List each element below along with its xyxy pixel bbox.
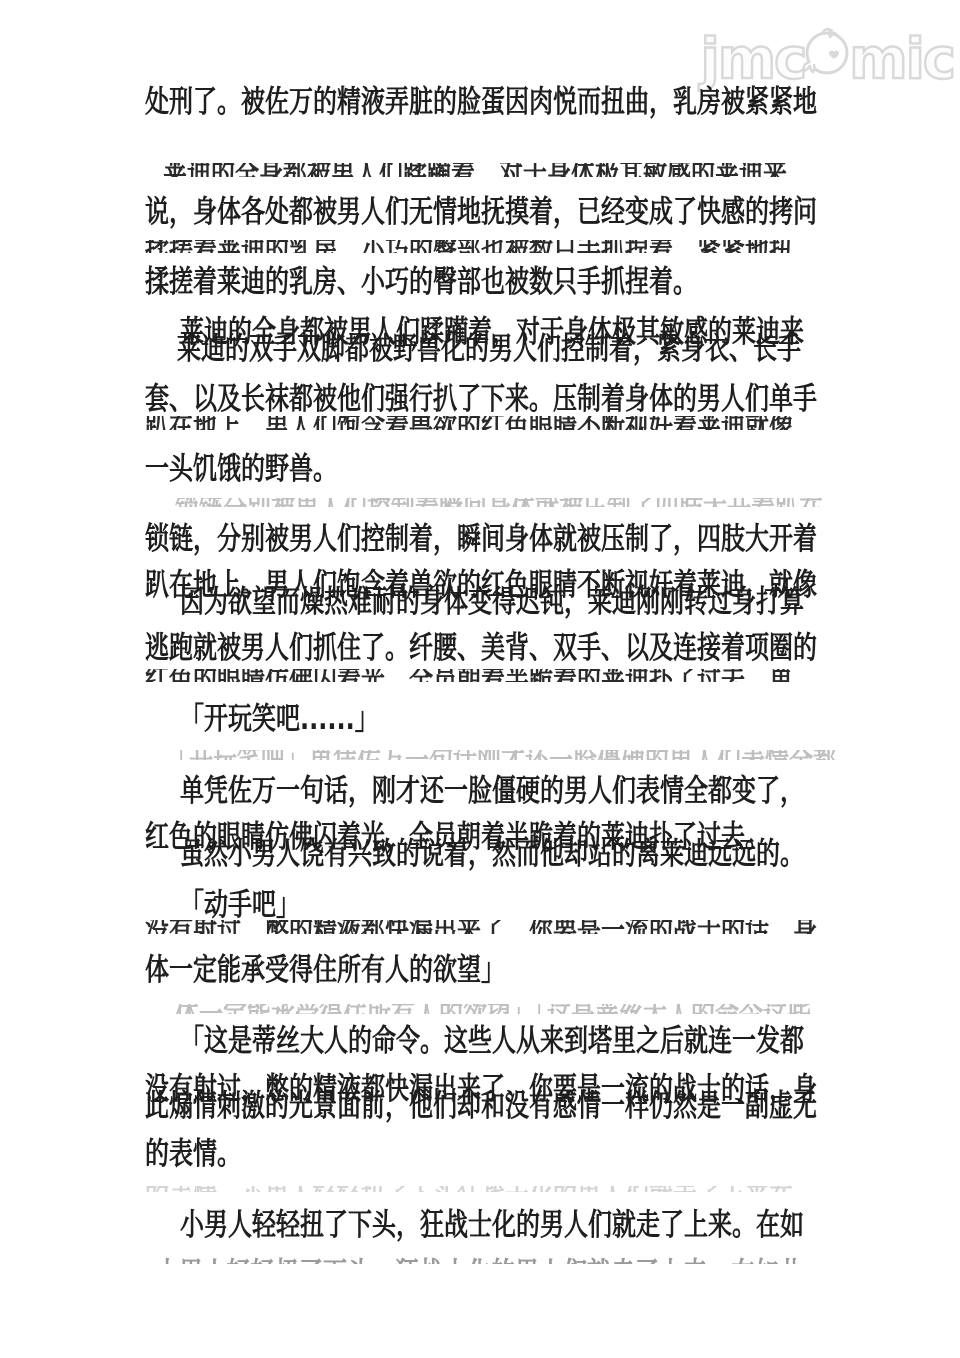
clipped-text-band: 锁链分别被男人们控制着瞬间身体就被压制了四肢大开着趴在 (175, 498, 823, 507)
text-line: 说，身体各处都被男人们无情地抚摸着，已经变成了快感的拷问 (145, 193, 817, 231)
clipped-text-band: 的表情。小男人轻轻扭了下头狂战士化的男人们就走了上来在 (145, 1186, 793, 1192)
clipped-text: 「开玩笑吧」单凭佐万一句话刚才还一脸僵硬的男人们表情全都 (165, 750, 837, 760)
text-line: 体一定能承受得住所有人的欲望」 (145, 951, 505, 989)
text-line: 因为欲望而燥热难耐的身体变得迟钝，莱迪刚刚转过身打算 (180, 583, 804, 621)
text-line: 一头饥饿的野兽。 (145, 450, 337, 488)
text-line: 「这是蒂丝大人的命令。这些人从来到塔里之后就连一发都 (180, 1022, 804, 1060)
text-line: 揉搓着莱迪的乳房、小巧的臀部也被数只手抓捏着。 (145, 263, 697, 301)
text-line: 「开玩笑吧......」 (180, 700, 379, 738)
clipped-text-band: 小男人轻轻扭了下头，狂战士化的男人们就走了上来。在如此 (155, 1255, 803, 1264)
text-line: 小男人轻轻扭了下头，狂战士化的男人们就走了上来。在如 (180, 1206, 804, 1244)
text-line: 的表情。 (145, 1135, 241, 1173)
novel-text-page: jmc mic 处刑了。被佐万的精液弄脏的脸蛋因肉悦而扭曲，乳房被紧紧地莱迪的全… (0, 0, 960, 1358)
clipped-text: 没有射过，憋的精液都快漏出来了。你要是一流的战士的话，身 (145, 920, 817, 934)
text-line: 锁链，分别被男人们控制着，瞬间身体就被压制了，四肢大开着 (145, 520, 817, 558)
clipped-text-band: 「开玩笑吧」单凭佐万一句话刚才还一脸僵硬的男人们表情全都 (165, 750, 837, 760)
text-line: 「动手吧」 (180, 886, 300, 924)
clipped-text-band: 莱迪的全身都被男人们蹂躏着，对于身体极其敏感的莱迪来 (163, 163, 787, 177)
text-line: 处刑了。被佐万的精液弄脏的脸蛋因肉悦而扭曲，乳房被紧紧地 (145, 83, 817, 121)
clipped-text: 揉搓着莱迪的乳房、小巧的臀部也被数只手抓捏着。紧紧地扭 (145, 240, 793, 253)
text-line: 虽然小男人饶有兴致的说着，然而他却站的离莱迪远远的。 (180, 835, 804, 873)
clipped-text-band: 揉搓着莱迪的乳房、小巧的臀部也被数只手抓捏着。紧紧地扭 (145, 240, 793, 253)
clipped-text: 体一定能承受得住所有人的欲望」「这是蒂丝大人的命令这些 (175, 1004, 811, 1014)
clipped-text-band: 趴在地上。男人们饱含着兽欲的红色眼睛不断视奸着莱迪就像 (145, 416, 793, 430)
text-line: 逃跑就被男人们抓住了。纤腰、美背、双手、以及连接着项圈的 (145, 629, 817, 667)
clipped-text-band: 没有射过，憋的精液都快漏出来了。你要是一流的战士的话，身 (145, 920, 817, 934)
text-line: 单凭佐万一句话，刚才还一脸僵硬的男人们表情全都变了， (180, 772, 804, 810)
chick-icon (800, 26, 852, 88)
clipped-text: 的表情。小男人轻轻扭了下头狂战士化的男人们就走了上来在 (145, 1186, 793, 1192)
clipped-text: 锁链分别被男人们控制着瞬间身体就被压制了四肢大开着趴在 (175, 498, 823, 507)
clipped-text: 莱迪的全身都被男人们蹂躏着，对于身体极其敏感的莱迪来 (163, 163, 787, 177)
clipped-text-band: 体一定能承受得住所有人的欲望」「这是蒂丝大人的命令这些 (175, 1004, 811, 1014)
clipped-text-band: 红色的眼睛仿佛闪着光，全员朝着半跪着的莱迪扑了过去。单 (145, 669, 793, 682)
text-line: 莱迪的双手双脚都被野兽化的男人们控制着，紧身衣、长手 (177, 330, 801, 368)
text-line: 此煽情刺激的光景面前，他们却和没有感情一样仍然是一副虚无 (145, 1087, 817, 1125)
clipped-text: 红色的眼睛仿佛闪着光，全员朝着半跪着的莱迪扑了过去。单 (145, 669, 793, 682)
logo-text-left: jmc (701, 32, 806, 88)
text-line: 套、以及长袜都被他们强行扒了下来。压制着身体的男人们单手 (145, 380, 817, 418)
clipped-text: 趴在地上。男人们饱含着兽欲的红色眼睛不断视奸着莱迪就像 (145, 416, 793, 430)
logo-text-right: mic (849, 32, 954, 88)
clipped-text: 小男人轻轻扭了下头，狂战士化的男人们就走了上来。在如此 (155, 1255, 803, 1264)
